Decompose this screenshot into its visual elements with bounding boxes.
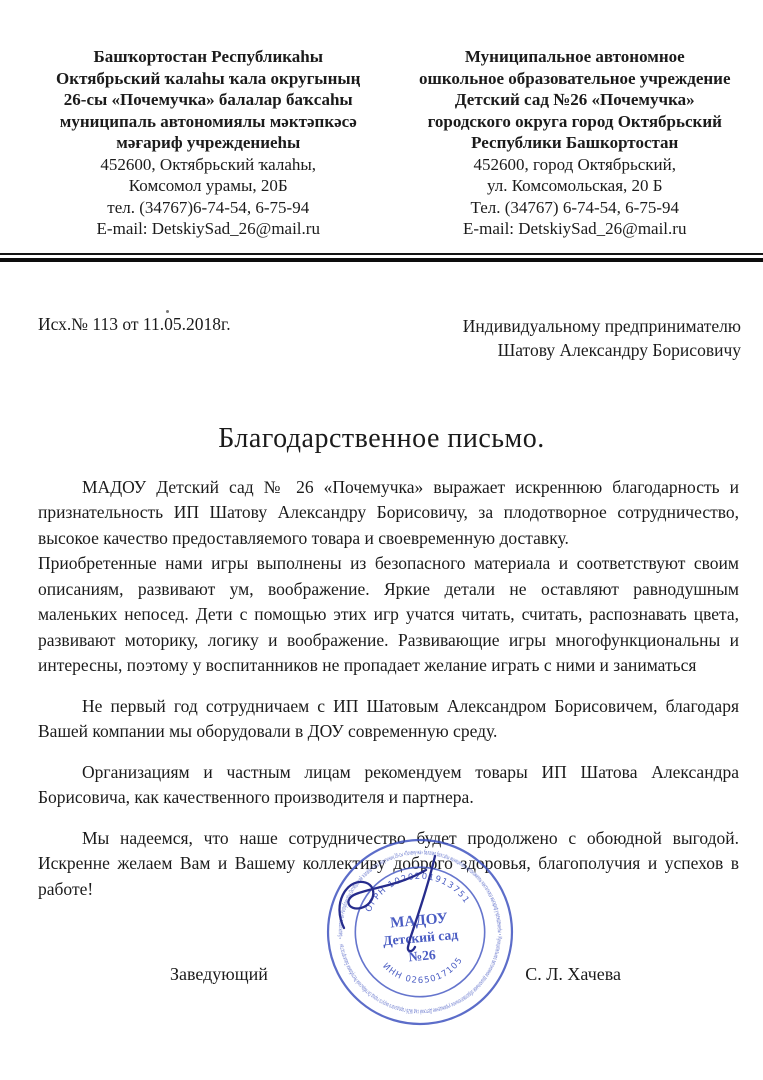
org-name-bashkir: Башҡортостан Республикаһы Октябрьский ҡа…: [28, 46, 389, 154]
letterhead-right: Муниципальное автономное ошкольное образ…: [395, 46, 756, 240]
signature-loop: [340, 870, 426, 928]
letterhead-line: Муниципальное автономное: [395, 46, 756, 68]
letterhead-line: E-mail: DetskiySad_26@mail.ru: [395, 218, 756, 240]
reference-row: Исх.№ 113 от 11.05.2018г. Индивидуальном…: [0, 314, 763, 363]
letterhead-line: мәғариф учреждениеһы: [28, 132, 389, 154]
paragraph-1: МАДОУ Детский сад № 26 «Почемучка» выраж…: [38, 475, 739, 552]
letter-title: Благодарственное письмо.: [0, 423, 763, 455]
paragraph-4: Организациям и частным лицам рекомендуем…: [38, 760, 739, 811]
letterhead-line: тел. (34767)6-74-54, 6-75-94: [28, 197, 389, 219]
org-address-russian: 452600, город Октябрьский, ул. Комсомоль…: [395, 154, 756, 240]
handwritten-signature: [330, 842, 470, 976]
signature-name: С. Л. Хачева: [525, 964, 621, 985]
outgoing-number: Исх.№ 113 от 11.05.2018г.: [38, 314, 231, 335]
letterhead-line: Детский сад №26 «Почемучка»: [395, 89, 756, 111]
divider: [0, 253, 763, 262]
letterhead-line: 26-сы «Почемучка» балалар баҡсаһы: [28, 89, 389, 111]
letterhead-line: муниципаль автономиялы мәктәпкәсә: [28, 111, 389, 133]
signature-descender: [408, 856, 435, 951]
letterhead-line: ул. Комсомольская, 20 Б: [395, 175, 756, 197]
letterhead-line: ошкольное образовательное учреждение: [395, 68, 756, 90]
scan-speck: [166, 310, 169, 313]
letterhead-line: Республики Башкортостан: [395, 132, 756, 154]
org-address-bashkir: 452600, Октябрьский ҡалаһы, Комсомол ура…: [28, 154, 389, 240]
org-name-russian: Муниципальное автономное ошкольное образ…: [395, 46, 756, 154]
letterhead-line: Тел. (34767) 6-74-54, 6-75-94: [395, 197, 756, 219]
recipient-line: Шатову Александру Борисовичу: [463, 338, 741, 363]
letterhead-line: E-mail: DetskiySad_26@mail.ru: [28, 218, 389, 240]
letterhead-line: 452600, город Октябрьский,: [395, 154, 756, 176]
recipient-line: Индивидуальному предпринимателю: [463, 314, 741, 339]
letterhead-left: Башҡортостан Республикаһы Октябрьский ҡа…: [28, 46, 389, 240]
paragraph-3: Не первый год сотрудничаем с ИП Шатовым …: [38, 694, 739, 745]
paragraph-2: Приобретенные нами игры выполнены из без…: [38, 551, 739, 679]
letterhead-line: 452600, Октябрьский ҡалаһы,: [28, 154, 389, 176]
letter-page: Башҡортостан Республикаһы Октябрьский ҡа…: [0, 0, 763, 1080]
divider-thick-line: [0, 258, 763, 262]
recipient-block: Индивидуальному предпринимателю Шатову А…: [463, 314, 741, 363]
letter-body: МАДОУ Детский сад № 26 «Почемучка» выраж…: [0, 475, 763, 903]
letterhead-line: Октябрьский ҡалаһы ҡала округының: [28, 68, 389, 90]
letterhead: Башҡортостан Республикаһы Октябрьский ҡа…: [0, 0, 763, 240]
signature-role: Заведующий: [170, 964, 268, 985]
letterhead-line: Башҡортостан Республикаһы: [28, 46, 389, 68]
letterhead-line: Комсомол урамы, 20Б: [28, 175, 389, 197]
letterhead-line: городского округа город Октябрьский: [395, 111, 756, 133]
